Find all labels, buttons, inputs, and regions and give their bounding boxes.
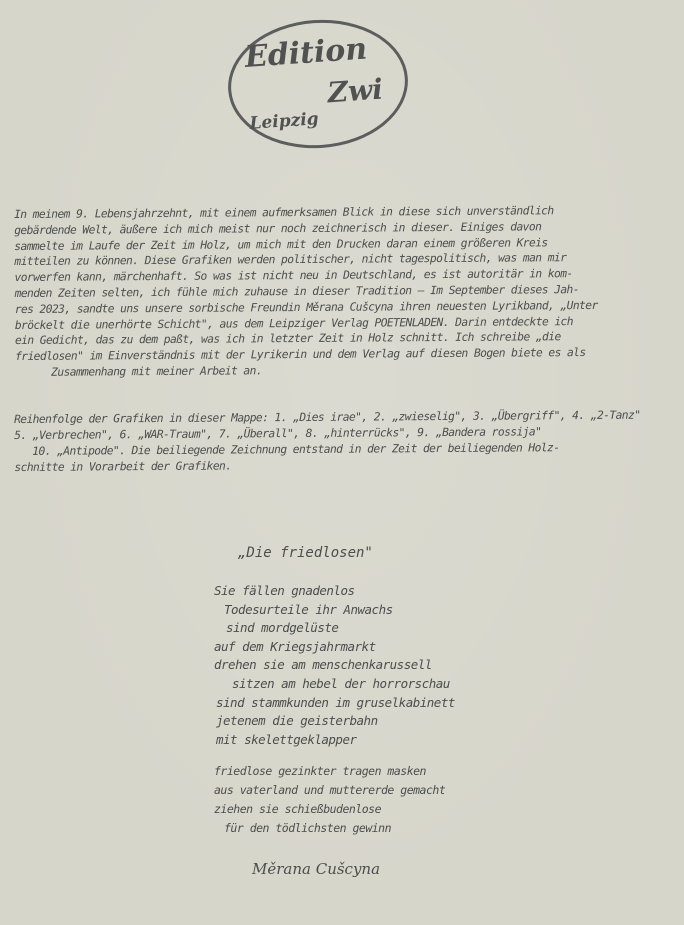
poem-line: aus vaterland und muttererde gemacht xyxy=(214,781,445,800)
poem-line: friedlose gezinkter tragen masken xyxy=(214,762,445,781)
poem-line: sind stammkunden im gruselkabinett xyxy=(214,694,455,713)
poem-line: sitzen am hebel der horrorschau xyxy=(214,675,455,694)
poem-stanza-2: friedlose gezinkter tragen masken aus va… xyxy=(214,762,445,838)
poem-line: sind mordgelüste xyxy=(214,619,455,638)
poem-line: Todesurteile ihr Anwachs xyxy=(214,601,455,620)
poem-line: drehen sie am menschenkarussell xyxy=(214,656,455,675)
logo-word-leipzig: Leipzig xyxy=(249,109,319,134)
intro-paragraph: In meinem 9. Lebensjahrzehnt, mit einem … xyxy=(14,202,683,380)
poem-line: auf dem Kriegsjahrmarkt xyxy=(214,638,455,657)
poem-line: für den tödlichsten gewinn xyxy=(214,819,445,838)
poem-line: ziehen sie schießbudenlose xyxy=(214,800,445,819)
poem-stanza-1: Sie fällen gnadenlos Todesurteile ihr An… xyxy=(214,582,455,749)
logo-word-edition: Edition xyxy=(244,32,368,75)
poem-line: jetenem die geisterbahn xyxy=(214,712,455,731)
poem-line: Sie fällen gnadenlos xyxy=(214,582,455,601)
author-signature: Měrana Cušcyna xyxy=(252,860,380,878)
poem-line: mit skelettgeklapper xyxy=(214,731,455,750)
graphics-order-paragraph: Reihenfolge der Grafiken in dieser Mappe… xyxy=(14,407,682,476)
poem-title: „Die friedlosen" xyxy=(238,545,373,561)
logo-word-zwi: Zwi xyxy=(326,73,383,110)
